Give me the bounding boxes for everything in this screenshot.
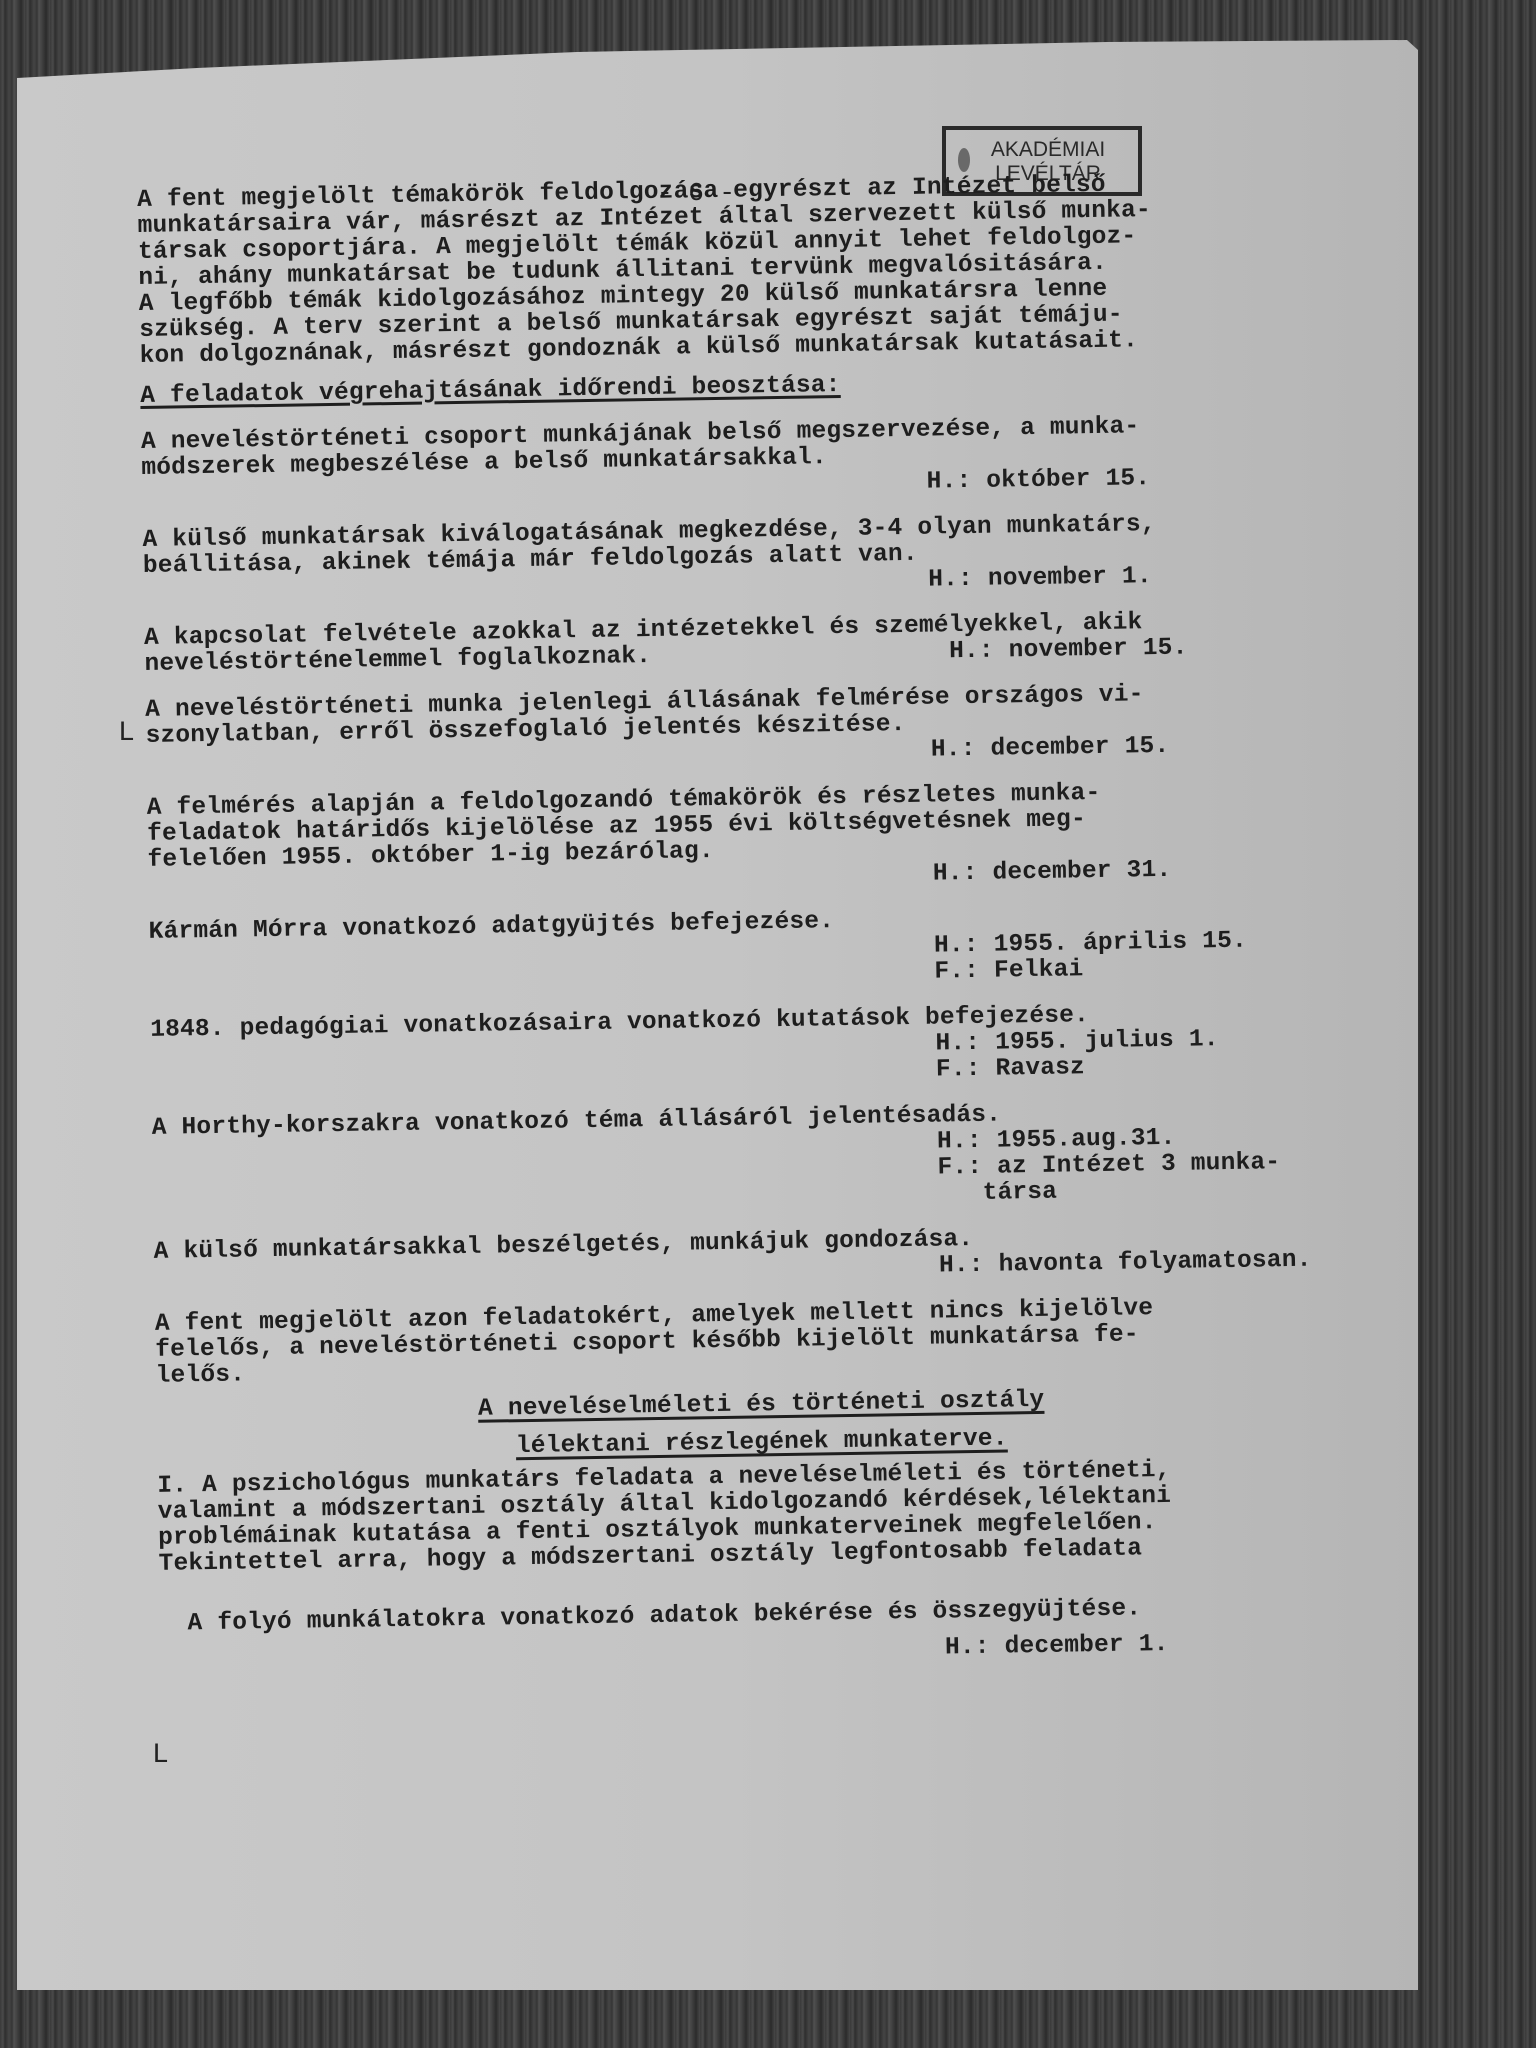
schedule-item: A felmérés alapján a feldolgozandó témak…	[147, 777, 1358, 900]
margin-mark: L	[118, 718, 135, 749]
task-deadline: H.: december 31.	[933, 855, 1358, 888]
deadline-line: H.: december 15.	[931, 731, 1356, 764]
schedule-item: A külső munkatársakkal beszélgetés, munk…	[154, 1221, 1365, 1292]
schedule-item: A Horthy-korszakra vonatkozó téma állásá…	[152, 1097, 1363, 1220]
task-deadline: H.: 1955.aug.31.F.: az Intézet 3 munka- …	[937, 1123, 1363, 1208]
task-deadline: H.: november 1.	[928, 561, 1353, 594]
section-body: I. A pszichológus munkatárs feladata a n…	[157, 1455, 1368, 1578]
document-body: A fent megjelölt témakörök feldolgozása …	[137, 169, 1370, 1674]
schedule-item: A neveléstörténeti munka jelenlegi állás…	[145, 679, 1356, 776]
deadline-line: H.: havonta folyamatosan.	[939, 1247, 1364, 1280]
stamp-line-1: AKADÉMIAI	[958, 138, 1138, 162]
task-deadline: H.: 1955. április 15.F.: Felkai	[934, 927, 1360, 986]
intro-paragraph: A fent megjelölt témakörök feldolgozása …	[137, 169, 1350, 370]
margin-mark: L	[152, 1740, 169, 1771]
schedule-item: A kapcsolat felvétele azokkal az intézet…	[144, 607, 1355, 678]
task-list: A neveléstörténeti csoport munkájának be…	[141, 411, 1364, 1292]
deadline-line: H.: november 1.	[928, 561, 1353, 594]
task-deadline: H.: december 15.	[931, 731, 1356, 764]
schedule-item: A külső munkatársak kiválogatásának megk…	[142, 509, 1353, 606]
deadline-line: H.: október 15.	[927, 463, 1352, 496]
deadline-line: H.: december 31.	[933, 855, 1358, 888]
schedule-heading: A feladatok végrehajtásának időrendi beo…	[140, 365, 1350, 410]
ink-smudge	[958, 148, 970, 172]
deadline-line: társa	[938, 1175, 1363, 1208]
task-deadline: H.: október 15.	[927, 463, 1352, 496]
section-heading-1: A neveléselméleti és történeti osztály	[156, 1383, 1366, 1428]
task-deadline: H.: havonta folyamatosan.	[939, 1247, 1364, 1280]
schedule-item: A neveléstörténeti csoport munkájának be…	[141, 411, 1352, 508]
schedule-item: Kármán Mórra vonatkozó adatgyüjtés befej…	[148, 901, 1359, 998]
schedule-item: 1848. pedagógiai vonatkozásaira vonatkoz…	[150, 999, 1361, 1096]
task-deadline: H.: 1955. julius 1.F.: Ravasz	[935, 1025, 1361, 1084]
deadline-line: F.: Ravasz	[936, 1051, 1361, 1084]
responsibility-note: A fent megjelölt azon feladatokért, amel…	[155, 1293, 1366, 1390]
deadline-line: F.: Felkai	[934, 953, 1359, 986]
